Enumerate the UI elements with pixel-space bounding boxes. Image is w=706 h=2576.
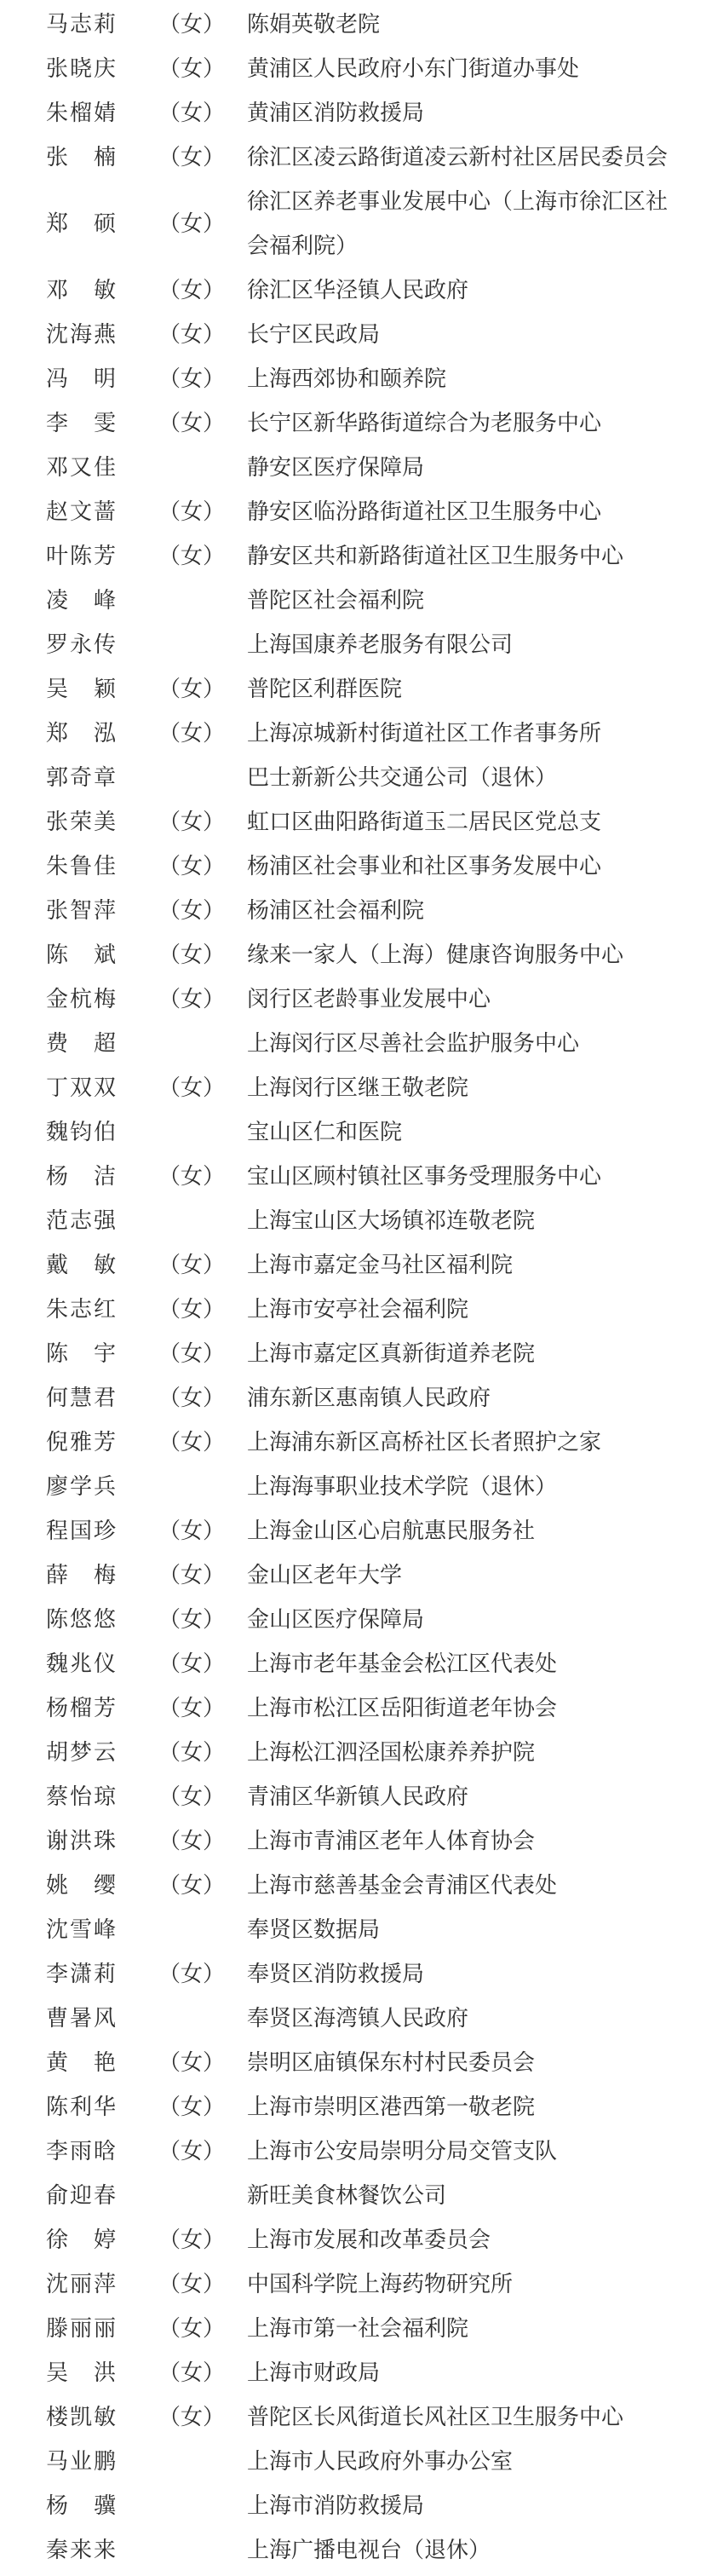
person-name: 朱榴婧 [46,91,116,135]
gender-label: （女） [158,933,247,977]
person-name: 赵文蔷 [46,490,116,534]
gender-label: （女） [158,534,247,579]
person-name: 杨洁 [46,1155,116,1199]
person-name: 杨榴芳 [46,1686,116,1731]
organization: 普陀区社会福利院 [247,579,674,623]
organization: 上海凉城新村街道社区工作者事务所 [247,712,674,756]
gender-label: （女） [158,844,247,889]
table-row: 郑泓 （女） 上海凉城新村街道社区工作者事务所 [0,712,706,756]
organization: 崇明区庙镇保东村村民委员会 [247,2041,674,2085]
gender-label: （女） [158,1376,247,1421]
table-row: 赵文蔷 （女） 静安区临汾路街道社区卫生服务中心 [0,490,706,534]
table-row: 胡梦云 （女） 上海松江泗泾国松康养养护院 [0,1731,706,1775]
table-row: 曹暑风 奉贤区海湾镇人民政府 [0,1997,706,2041]
person-name: 邓敏 [46,268,116,313]
table-row: 吴洪 （女） 上海市财政局 [0,2351,706,2395]
organization: 中国科学院上海药物研究所 [247,2262,674,2307]
organization: 虹口区曲阳路街道玉二居民区党总支 [247,800,674,844]
gender-label: （女） [158,1421,247,1465]
organization: 浦东新区惠南镇人民政府 [247,1376,674,1421]
person-name: 陈宇 [46,1332,116,1376]
organization: 上海市第一社会福利院 [247,2307,674,2351]
organization: 金山区医疗保障局 [247,1598,674,1642]
organization: 上海松江泗泾国松康养养护院 [247,1731,674,1775]
person-name: 吴颖 [46,667,116,712]
table-row: 张楠 （女） 徐汇区凌云路街道凌云新村社区居民委员会 [0,135,706,180]
organization: 黄浦区人民政府小东门街道办事处 [247,47,674,91]
gender-label: （女） [158,1642,247,1686]
gender-label: （女） [158,357,247,401]
table-row: 金杭梅 （女） 闵行区老龄事业发展中心 [0,977,706,1022]
table-row: 张晓庆 （女） 黄浦区人民政府小东门街道办事处 [0,47,706,91]
gender-label: （女） [158,313,247,357]
gender-label: （女） [158,1066,247,1110]
table-row: 戴敏 （女） 上海市嘉定金马社区福利院 [0,1243,706,1288]
table-row: 朱鲁佳 （女） 杨浦区社会事业和社区事务发展中心 [0,844,706,889]
person-name: 李潇莉 [46,1952,116,1997]
person-name: 沈雪峰 [46,1908,116,1952]
person-name: 戴敏 [46,1243,116,1288]
table-row: 郑硕 （女） 徐汇区养老事业发展中心（上海市徐汇区社会福利院） [0,180,706,268]
organization: 杨浦区社会福利院 [247,889,674,933]
organization: 新旺美食林餐饮公司 [247,2174,674,2218]
person-name: 程国珍 [46,1509,116,1553]
gender-label: （女） [158,1288,247,1332]
person-name: 沈海燕 [46,313,116,357]
organization: 陈娟英敬老院 [247,3,674,47]
table-row: 俞迎春 新旺美食林餐饮公司 [0,2174,706,2218]
gender-label: （女） [158,889,247,933]
person-name: 倪雅芳 [46,1421,116,1465]
table-row: 姚缨 （女） 上海市慈善基金会青浦区代表处 [0,1864,706,1908]
person-name: 陈悠悠 [46,1598,116,1642]
organization: 上海西郊协和颐养院 [247,357,674,401]
person-name: 陈利华 [46,2085,116,2129]
gender-label: （女） [158,2262,247,2307]
gender-label: （女） [158,1686,247,1731]
organization: 上海宝山区大场镇祁连敬老院 [247,1199,674,1243]
gender-label: （女） [158,2085,247,2129]
person-name: 黄艳 [46,2041,116,2085]
gender-label: （女） [158,401,247,446]
table-row: 邓又佳 静安区医疗保障局 [0,446,706,490]
table-row: 张智萍 （女） 杨浦区社会福利院 [0,889,706,933]
organization: 上海闵行区继王敬老院 [247,1066,674,1110]
gender-label: （女） [158,800,247,844]
gender-label: （女） [158,2395,247,2440]
gender-label: （女） [158,2307,247,2351]
person-name: 吴洪 [46,2351,116,2395]
organization: 普陀区长风街道长风社区卫生服务中心 [247,2395,674,2440]
person-name: 罗永传 [46,623,116,667]
gender-label: （女） [158,202,247,246]
person-name: 魏兆仪 [46,1642,116,1686]
table-row: 李潇莉 （女） 奉贤区消防救援局 [0,1952,706,1997]
person-name: 张楠 [46,135,116,180]
organization: 上海市嘉定区真新街道养老院 [247,1332,674,1376]
organization: 徐汇区凌云路街道凌云新村社区居民委员会 [247,135,674,180]
organization: 上海市人民政府外事办公室 [247,2440,674,2484]
gender-label: （女） [158,667,247,712]
person-name: 丁双双 [46,1066,116,1110]
roster-list: 马志莉 （女） 陈娟英敬老院 张晓庆 （女） 黄浦区人民政府小东门街道办事处 朱… [0,3,706,2573]
person-name: 张荣美 [46,800,116,844]
person-name: 胡梦云 [46,1731,116,1775]
gender-label: （女） [158,1332,247,1376]
table-row: 徐婷 （女） 上海市发展和改革委员会 [0,2218,706,2262]
table-row: 倪雅芳 （女） 上海浦东新区高桥社区长者照护之家 [0,1421,706,1465]
table-row: 滕丽丽 （女） 上海市第一社会福利院 [0,2307,706,2351]
person-name: 姚缨 [46,1864,116,1908]
gender-label: （女） [158,268,247,313]
table-row: 马业鹏 上海市人民政府外事办公室 [0,2440,706,2484]
person-name: 邓又佳 [46,446,116,490]
gender-label: （女） [158,2351,247,2395]
organization: 上海市公安局崇明分局交管支队 [247,2129,674,2174]
table-row: 丁双双 （女） 上海闵行区继王敬老院 [0,1066,706,1110]
organization: 杨浦区社会事业和社区事务发展中心 [247,844,674,889]
table-row: 杨骥 上海市消防救援局 [0,2484,706,2528]
organization: 上海市发展和改革委员会 [247,2218,674,2262]
gender-label: （女） [158,1155,247,1199]
person-name: 廖学兵 [46,1465,116,1509]
table-row: 李雨晗 （女） 上海市公安局崇明分局交管支队 [0,2129,706,2174]
person-name: 郑泓 [46,712,116,756]
gender-label: （女） [158,91,247,135]
organization: 上海浦东新区高桥社区长者照护之家 [247,1421,674,1465]
table-row: 冯明 （女） 上海西郊协和颐养院 [0,357,706,401]
organization: 徐汇区养老事业发展中心（上海市徐汇区社会福利院） [247,180,674,268]
gender-label: （女） [158,1243,247,1288]
gender-label: （女） [158,1509,247,1553]
organization: 上海市消防救援局 [247,2484,674,2528]
person-name: 朱鲁佳 [46,844,116,889]
table-row: 程国珍 （女） 上海金山区心启航惠民服务社 [0,1509,706,1553]
organization: 静安区共和新路街道社区卫生服务中心 [247,534,674,579]
person-name: 楼凯敏 [46,2395,116,2440]
person-name: 杨骥 [46,2484,116,2528]
table-row: 郭奇章 巴士新新公共交通公司（退休） [0,756,706,800]
gender-label: （女） [158,1731,247,1775]
organization: 上海市嘉定金马社区福利院 [247,1243,674,1288]
person-name: 徐婷 [46,2218,116,2262]
organization: 黄浦区消防救援局 [247,91,674,135]
person-name: 朱志红 [46,1288,116,1332]
table-row: 杨洁 （女） 宝山区顾村镇社区事务受理服务中心 [0,1155,706,1199]
table-row: 朱志红 （女） 上海市安亭社会福利院 [0,1288,706,1332]
organization: 静安区医疗保障局 [247,446,674,490]
person-name: 谢洪珠 [46,1819,116,1864]
person-name: 魏钧伯 [46,1110,116,1155]
gender-label: （女） [158,712,247,756]
gender-label: （女） [158,1864,247,1908]
person-name: 蔡怡琼 [46,1775,116,1819]
organization: 上海广播电视台（退休） [247,2528,674,2573]
organization: 巴士新新公共交通公司（退休） [247,756,674,800]
table-row: 吴颖 （女） 普陀区利群医院 [0,667,706,712]
organization: 上海市安亭社会福利院 [247,1288,674,1332]
organization: 上海市财政局 [247,2351,674,2395]
organization: 闵行区老龄事业发展中心 [247,977,674,1022]
person-name: 李雯 [46,401,116,446]
organization: 徐汇区华泾镇人民政府 [247,268,674,313]
gender-label: （女） [158,2129,247,2174]
table-row: 沈雪峰 奉贤区数据局 [0,1908,706,1952]
person-name: 俞迎春 [46,2174,116,2218]
table-row: 楼凯敏 （女） 普陀区长风街道长风社区卫生服务中心 [0,2395,706,2440]
table-row: 马志莉 （女） 陈娟英敬老院 [0,3,706,47]
table-row: 杨榴芳 （女） 上海市松江区岳阳街道老年协会 [0,1686,706,1731]
organization: 奉贤区数据局 [247,1908,674,1952]
organization: 上海市松江区岳阳街道老年协会 [247,1686,674,1731]
table-row: 陈宇 （女） 上海市嘉定区真新街道养老院 [0,1332,706,1376]
organization: 奉贤区消防救援局 [247,1952,674,1997]
person-name: 张智萍 [46,889,116,933]
organization: 上海国康养老服务有限公司 [247,623,674,667]
table-row: 朱榴婧 （女） 黄浦区消防救援局 [0,91,706,135]
table-row: 黄艳 （女） 崇明区庙镇保东村村民委员会 [0,2041,706,2085]
organization: 普陀区利群医院 [247,667,674,712]
person-name: 滕丽丽 [46,2307,116,2351]
organization: 宝山区仁和医院 [247,1110,674,1155]
person-name: 薛梅 [46,1553,116,1598]
gender-label: （女） [158,1553,247,1598]
gender-label: （女） [158,2218,247,2262]
person-name: 马志莉 [46,3,116,47]
gender-label: （女） [158,1598,247,1642]
organization: 青浦区华新镇人民政府 [247,1775,674,1819]
person-name: 何慧君 [46,1376,116,1421]
table-row: 沈海燕 （女） 长宁区民政局 [0,313,706,357]
table-row: 罗永传 上海国康养老服务有限公司 [0,623,706,667]
table-row: 沈丽萍 （女） 中国科学院上海药物研究所 [0,2262,706,2307]
person-name: 凌峰 [46,579,116,623]
person-name: 郭奇章 [46,756,116,800]
person-name: 曹暑风 [46,1997,116,2041]
table-row: 凌峰 普陀区社会福利院 [0,579,706,623]
table-row: 何慧君 （女） 浦东新区惠南镇人民政府 [0,1376,706,1421]
person-name: 郑硕 [46,202,116,246]
table-row: 陈斌 （女） 缘来一家人（上海）健康咨询服务中心 [0,933,706,977]
table-row: 范志强 上海宝山区大场镇祁连敬老院 [0,1199,706,1243]
table-row: 陈利华 （女） 上海市崇明区港西第一敬老院 [0,2085,706,2129]
organization: 长宁区新华路街道综合为老服务中心 [247,401,674,446]
table-row: 薛梅 （女） 金山区老年大学 [0,1553,706,1598]
gender-label: （女） [158,977,247,1022]
table-row: 叶陈芳 （女） 静安区共和新路街道社区卫生服务中心 [0,534,706,579]
table-row: 秦来来 上海广播电视台（退休） [0,2528,706,2573]
person-name: 叶陈芳 [46,534,116,579]
organization: 奉贤区海湾镇人民政府 [247,1997,674,2041]
person-name: 沈丽萍 [46,2262,116,2307]
person-name: 范志强 [46,1199,116,1243]
table-row: 李雯 （女） 长宁区新华路街道综合为老服务中心 [0,401,706,446]
roster-page: 马志莉 （女） 陈娟英敬老院 张晓庆 （女） 黄浦区人民政府小东门街道办事处 朱… [0,0,706,2576]
organization: 上海市慈善基金会青浦区代表处 [247,1864,674,1908]
gender-label: （女） [158,135,247,180]
table-row: 费超 上海闵行区尽善社会监护服务中心 [0,1022,706,1066]
table-row: 张荣美 （女） 虹口区曲阳路街道玉二居民区党总支 [0,800,706,844]
gender-label: （女） [158,47,247,91]
person-name: 张晓庆 [46,47,116,91]
person-name: 金杭梅 [46,977,116,1022]
organization: 长宁区民政局 [247,313,674,357]
table-row: 魏钧伯 宝山区仁和医院 [0,1110,706,1155]
table-row: 陈悠悠 （女） 金山区医疗保障局 [0,1598,706,1642]
table-row: 谢洪珠 （女） 上海市青浦区老年人体育协会 [0,1819,706,1864]
organization: 金山区老年大学 [247,1553,674,1598]
organization: 上海市崇明区港西第一敬老院 [247,2085,674,2129]
gender-label: （女） [158,1952,247,1997]
gender-label: （女） [158,1775,247,1819]
organization: 上海金山区心启航惠民服务社 [247,1509,674,1553]
person-name: 陈斌 [46,933,116,977]
table-row: 廖学兵 上海海事职业技术学院（退休） [0,1465,706,1509]
organization: 上海闵行区尽善社会监护服务中心 [247,1022,674,1066]
gender-label: （女） [158,490,247,534]
organization: 上海海事职业技术学院（退休） [247,1465,674,1509]
organization: 宝山区顾村镇社区事务受理服务中心 [247,1155,674,1199]
table-row: 邓敏 （女） 徐汇区华泾镇人民政府 [0,268,706,313]
gender-label: （女） [158,3,247,47]
gender-label: （女） [158,1819,247,1864]
person-name: 冯明 [46,357,116,401]
organization: 静安区临汾路街道社区卫生服务中心 [247,490,674,534]
person-name: 李雨晗 [46,2129,116,2174]
person-name: 马业鹏 [46,2440,116,2484]
person-name: 费超 [46,1022,116,1066]
table-row: 蔡怡琼 （女） 青浦区华新镇人民政府 [0,1775,706,1819]
table-row: 魏兆仪 （女） 上海市老年基金会松江区代表处 [0,1642,706,1686]
person-name: 秦来来 [46,2528,116,2573]
organization: 上海市老年基金会松江区代表处 [247,1642,674,1686]
organization: 缘来一家人（上海）健康咨询服务中心 [247,933,674,977]
gender-label: （女） [158,2041,247,2085]
organization: 上海市青浦区老年人体育协会 [247,1819,674,1864]
